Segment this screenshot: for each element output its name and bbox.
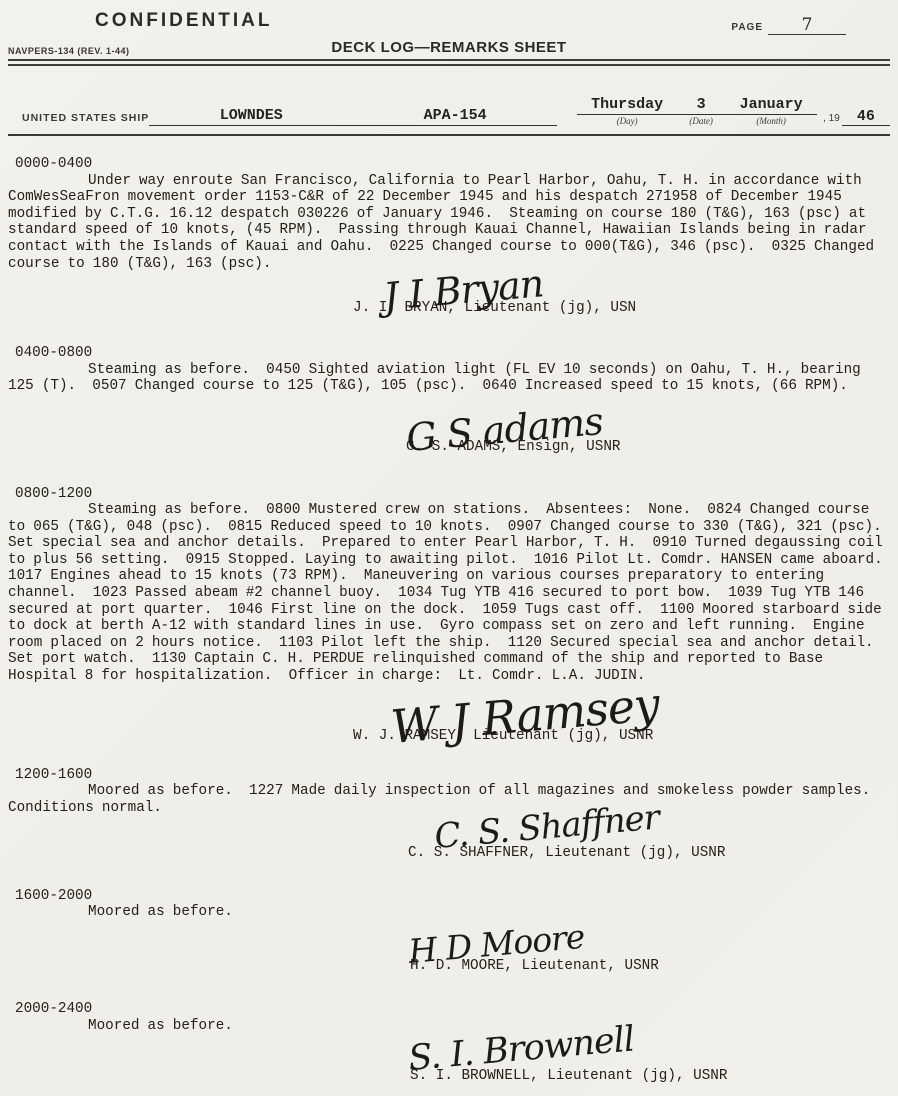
- header-double-rule: [8, 59, 890, 66]
- signature-block: C. S. Shaffner C. S. SHAFFNER, Lieutenan…: [408, 822, 725, 861]
- deck-log-page: CONFIDENTIAL PAGE 7 NAVPERS-134 (REV. 1-…: [0, 0, 898, 1096]
- signature-block: G S adams G. S. ADAMS, Ensign, USNR: [406, 421, 621, 456]
- log-entry-0800-1200: 0800-1200 Steaming as before. 0800 Muste…: [8, 486, 890, 745]
- remarks-text: Moored as before.: [8, 904, 890, 921]
- hull-number: APA-154: [424, 107, 487, 124]
- page-number-value: 7: [768, 16, 846, 35]
- classification-stamp: CONFIDENTIAL: [95, 10, 272, 32]
- date-value: 3: [677, 96, 725, 113]
- remarks-text: Moored as before. 1227 Made daily inspec…: [8, 783, 890, 816]
- log-entry-0400-0800: 0400-0800 Steaming as before. 0450 Sight…: [8, 345, 890, 456]
- page-label: PAGE: [731, 22, 763, 35]
- signature-block: H D Moore H. D. MOORE, Lieutenant, USNR: [410, 937, 659, 975]
- log-entry-2000-2400: 2000-2400 Moored as before. S. I. Browne…: [8, 1001, 890, 1084]
- watch-period: 2000-2400: [8, 1001, 890, 1018]
- day-value: Thursday: [577, 96, 677, 113]
- ship-date-line: UNITED STATES SHIP LOWNDES APA-154 Thurs…: [0, 66, 898, 126]
- ship-label: UNITED STATES SHIP: [22, 112, 149, 126]
- sheet-title: DECK LOG—REMARKS SHEET: [331, 39, 566, 56]
- remarks-text: Under way enroute San Francisco, Califor…: [8, 173, 890, 273]
- log-entry-0000-0400: 0000-0400 Under way enroute San Francisc…: [8, 156, 890, 317]
- log-entry-1600-2000: 1600-2000 Moored as before. H D Moore H.…: [8, 888, 890, 975]
- log-body: 0000-0400 Under way enroute San Francisc…: [0, 136, 898, 1084]
- date-field: Thursday 3 January (Day) (Date) (Month): [577, 96, 817, 126]
- signature-block: W J Ramsey W. J. RAMSEY, Lieutenant (jg)…: [353, 707, 662, 745]
- watch-period: 0800-1200: [8, 486, 890, 503]
- date-label: (Date): [677, 116, 725, 126]
- date-sublabels: (Day) (Date) (Month): [577, 115, 817, 126]
- month-label: (Month): [725, 116, 817, 126]
- ship-name-field: LOWNDES APA-154: [149, 107, 557, 126]
- remarks-text: Moored as before.: [8, 1018, 890, 1035]
- date-values: Thursday 3 January: [577, 96, 817, 115]
- signature-block: S. I. Brownell S. I. BROWNELL, Lieutenan…: [410, 1044, 727, 1084]
- remarks-text: Steaming as before. 0450 Sighted aviatio…: [8, 362, 890, 395]
- header-top-row: CONFIDENTIAL PAGE 7: [0, 0, 898, 35]
- day-label: (Day): [577, 116, 677, 126]
- month-value: January: [725, 96, 817, 113]
- watch-period: 0000-0400: [8, 156, 890, 173]
- year-value: 46: [842, 108, 890, 126]
- remarks-text: Steaming as before. 0800 Mustered crew o…: [8, 502, 890, 685]
- ship-name: LOWNDES: [220, 107, 283, 124]
- watch-period: 1200-1600: [8, 767, 890, 784]
- header-title-row: NAVPERS-134 (REV. 1-44) DECK LOG—REMARKS…: [0, 35, 898, 56]
- page-number-field: PAGE 7: [731, 10, 846, 35]
- watch-period: 0400-0800: [8, 345, 890, 362]
- signature-block: J I Bryan J. I. BRYAN, Lieutenant (jg), …: [353, 280, 636, 317]
- watch-period: 1600-2000: [8, 888, 890, 905]
- year-prefix: , 19: [817, 113, 842, 126]
- log-entry-1200-1600: 1200-1600 Moored as before. 1227 Made da…: [8, 767, 890, 862]
- form-number: NAVPERS-134 (REV. 1-44): [8, 46, 331, 56]
